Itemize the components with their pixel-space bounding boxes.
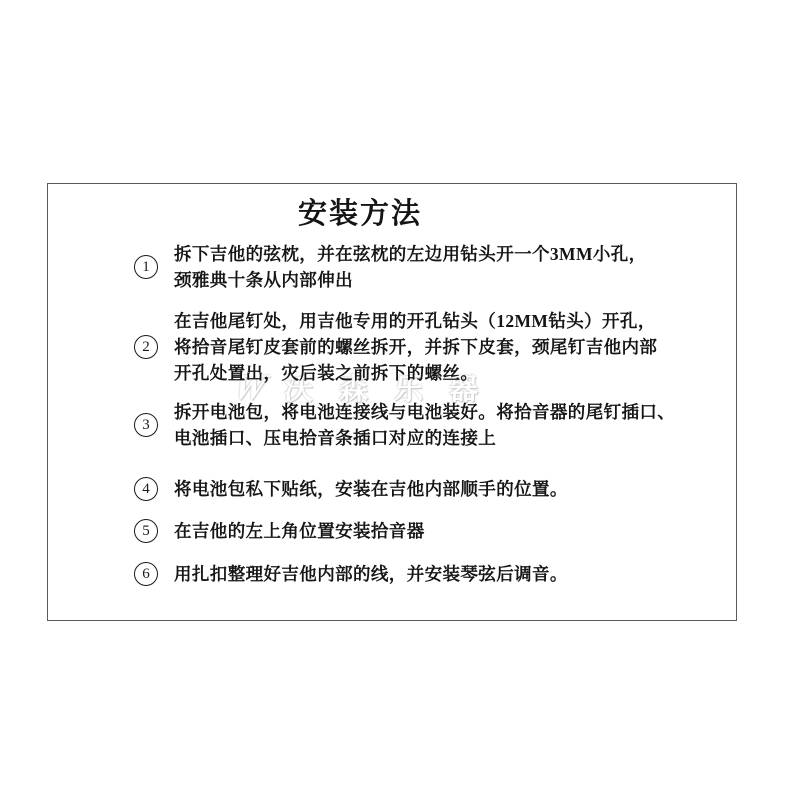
step-line: 在吉他尾钉处，用吉他专用的开孔钻头（12MM钻头）开孔， <box>174 308 657 334</box>
step-line: 电池插口、压电拾音条插口对应的连接上 <box>174 425 675 451</box>
step-number-6: 6 <box>134 562 158 586</box>
step-line: 开孔处置出，灾后装之前拆下的螺丝。 <box>174 360 657 386</box>
step-line: 将电池包私下贴纸，安装在吉他内部顺手的位置。 <box>174 476 568 502</box>
step-text-4: 将电池包私下贴纸，安装在吉他内部顺手的位置。 <box>174 476 568 502</box>
step-number-2: 2 <box>134 335 158 359</box>
instruction-panel: 安装方法 W 沃森乐器 1 拆下吉他的弦枕，并在弦枕的左边用钻头开一个3MM小孔… <box>47 183 737 621</box>
step-line: 将拾音尾钉皮套前的螺丝拆开，并拆下皮套，颈尾钉吉他内部 <box>174 334 657 360</box>
page-title: 安装方法 <box>16 191 704 232</box>
step-text-3: 拆开电池包，将电池连接线与电池装好。将拾音器的尾钉插口、 电池插口、压电拾音条插… <box>174 399 675 451</box>
step-item-2: 2 在吉他尾钉处，用吉他专用的开孔钻头（12MM钻头）开孔， 将拾音尾钉皮套前的… <box>134 308 657 386</box>
step-item-3: 3 拆开电池包，将电池连接线与电池装好。将拾音器的尾钉插口、 电池插口、压电拾音… <box>134 399 675 451</box>
step-text-2: 在吉他尾钉处，用吉他专用的开孔钻头（12MM钻头）开孔， 将拾音尾钉皮套前的螺丝… <box>174 308 657 386</box>
step-text-6: 用扎扣整理好吉他内部的线，并安装琴弦后调音。 <box>174 561 568 587</box>
step-line: 拆下吉他的弦枕，并在弦枕的左边用钻头开一个3MM小孔， <box>174 241 647 267</box>
step-line: 拆开电池包，将电池连接线与电池装好。将拾音器的尾钉插口、 <box>174 399 675 425</box>
step-number-1: 1 <box>134 255 158 279</box>
step-text-5: 在吉他的左上角位置安装拾音器 <box>174 518 425 544</box>
step-line: 用扎扣整理好吉他内部的线，并安装琴弦后调音。 <box>174 561 568 587</box>
step-line: 颈雅典十条从内部伸出 <box>174 267 647 293</box>
step-text-1: 拆下吉他的弦枕，并在弦枕的左边用钻头开一个3MM小孔， 颈雅典十条从内部伸出 <box>174 241 647 293</box>
step-item-6: 6 用扎扣整理好吉他内部的线，并安装琴弦后调音。 <box>134 561 568 587</box>
step-item-4: 4 将电池包私下贴纸，安装在吉他内部顺手的位置。 <box>134 476 568 502</box>
page: 安装方法 W 沃森乐器 1 拆下吉他的弦枕，并在弦枕的左边用钻头开一个3MM小孔… <box>0 0 790 790</box>
step-number-5: 5 <box>134 519 158 543</box>
step-line: 在吉他的左上角位置安装拾音器 <box>174 518 425 544</box>
step-item-5: 5 在吉他的左上角位置安装拾音器 <box>134 518 425 544</box>
step-number-4: 4 <box>134 477 158 501</box>
step-number-3: 3 <box>134 413 158 437</box>
step-item-1: 1 拆下吉他的弦枕，并在弦枕的左边用钻头开一个3MM小孔， 颈雅典十条从内部伸出 <box>134 241 647 293</box>
